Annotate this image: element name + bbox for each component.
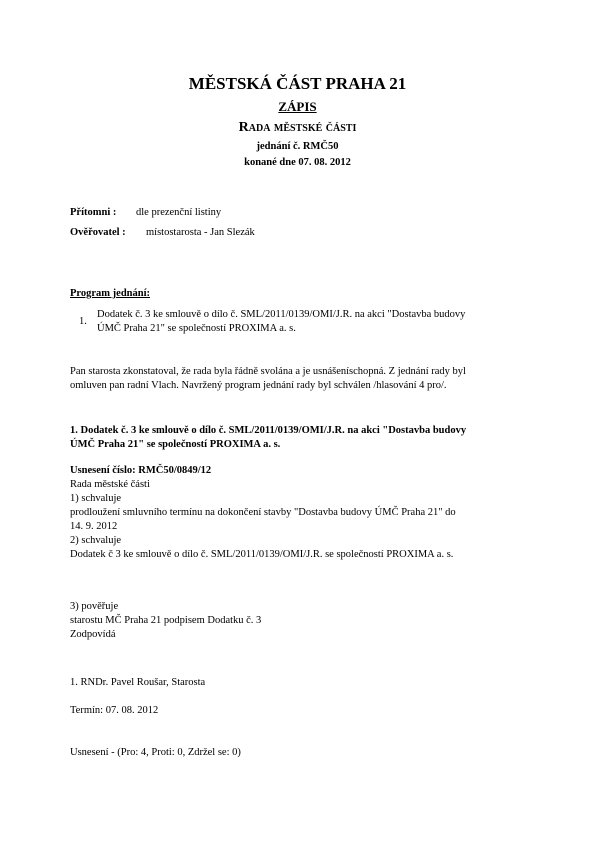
point1-line2: 14. 9. 2012 xyxy=(70,521,117,532)
verifier-label: Ověřovatel : xyxy=(70,227,126,238)
meeting-date: konané dne 07. 08. 2012 xyxy=(0,157,595,168)
point1-line1: prodloužení smluvního termínu na dokonče… xyxy=(70,507,456,518)
resolution-number: Usnesení číslo: RMČ50/0849/12 xyxy=(70,465,211,476)
council-name: Rada městské části xyxy=(0,120,595,136)
agenda-heading: Program jednání: xyxy=(70,288,150,299)
point3-label: 3) pověřuje xyxy=(70,601,118,612)
point1-label: 1) schvaluje xyxy=(70,493,121,504)
deadline: Termín: 07. 08. 2012 xyxy=(70,705,158,716)
document-type: ZÁPIS xyxy=(0,99,595,115)
item1-heading-line1: 1. Dodatek č. 3 ke smlouvě o dílo č. SML… xyxy=(70,425,466,436)
present-value: dle prezenční listiny xyxy=(136,207,221,218)
resolution-body: Rada městské části xyxy=(70,479,150,490)
verifier-value: místostarosta - Jan Slezák xyxy=(146,227,255,238)
responsible-label: Zodpovídá xyxy=(70,629,116,640)
agenda-item-line1: Dodatek č. 3 ke smlouvě o dílo č. SML/20… xyxy=(97,309,465,320)
vote-result: Usnesení - (Pro: 4, Proti: 0, Zdržel se:… xyxy=(70,747,241,758)
agenda-item-line2: ÚMČ Praha 21" se společností PROXIMA a. … xyxy=(97,323,296,334)
document-type-text: ZÁPIS xyxy=(278,99,316,114)
responsible-person: 1. RNDr. Pavel Roušar, Starosta xyxy=(70,677,205,688)
present-label: Přítomni : xyxy=(70,207,116,218)
point2-label: 2) schvaluje xyxy=(70,535,121,546)
document-title: MĚSTSKÁ ČÁST PRAHA 21 xyxy=(0,74,595,94)
point3-line1: starostu MČ Praha 21 podpisem Dodatku č.… xyxy=(70,615,261,626)
item1-heading-line2: ÚMČ Praha 21" se společností PROXIMA a. … xyxy=(70,439,280,450)
agenda-item-number: 1. xyxy=(79,316,87,327)
point2-line1: Dodatek č 3 ke smlouvě o dílo č. SML/201… xyxy=(70,549,453,560)
intro-line1: Pan starosta zkonstatoval, že rada byla … xyxy=(70,366,466,377)
meeting-number: jednání č. RMČ50 xyxy=(0,141,595,152)
intro-line2: omluven pan radní Vlach. Navržený progra… xyxy=(70,380,447,391)
